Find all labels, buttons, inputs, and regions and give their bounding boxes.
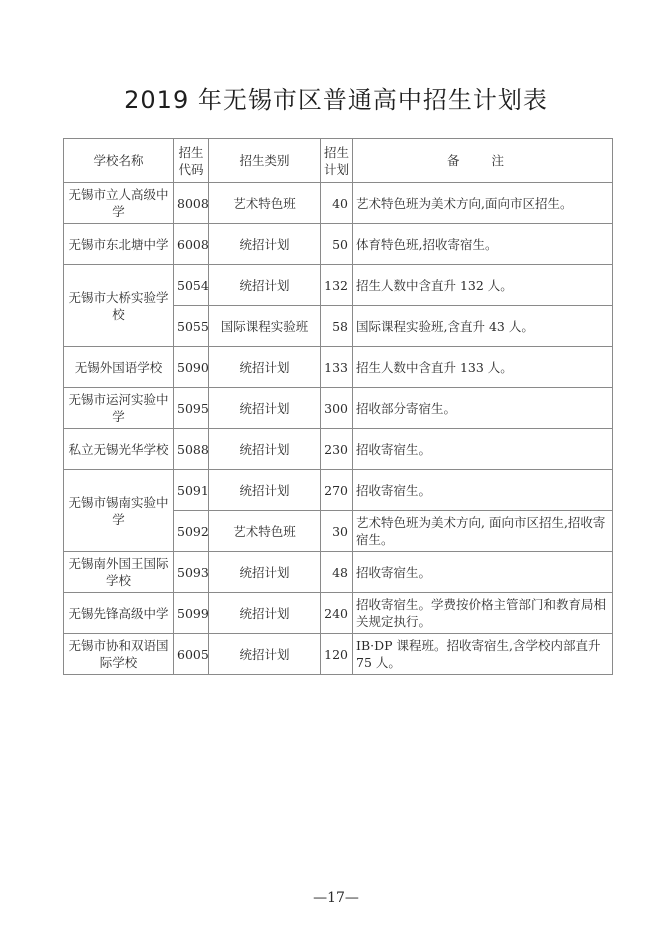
enrollment-plan: 48 bbox=[321, 552, 353, 593]
school-name: 无锡市大桥实验学校 bbox=[64, 265, 174, 347]
table-row: 无锡先锋高级中学 5099 统招计划 240 招收寄宿生。学费按价格主管部门和教… bbox=[64, 593, 613, 634]
enrollment-code: 5095 bbox=[174, 388, 209, 429]
remarks: 招生人数中含直升 133 人。 bbox=[353, 347, 613, 388]
enrollment-code: 6005 bbox=[174, 634, 209, 675]
enrollment-plan: 270 bbox=[321, 470, 353, 511]
page-number: —17— bbox=[0, 890, 672, 906]
table-row: 私立无锡光华学校 5088 统招计划 230 招收寄宿生。 bbox=[64, 429, 613, 470]
remarks: 体育特色班,招收寄宿生。 bbox=[353, 224, 613, 265]
table-row: 无锡市立人高级中学 8008 艺术特色班 40 艺术特色班为美术方向,面向市区招… bbox=[64, 183, 613, 224]
page-title: 2019 年无锡市区普通高中招生计划表 bbox=[0, 80, 672, 115]
enrollment-category: 统招计划 bbox=[209, 388, 321, 429]
header-enrollment-code: 招生 代码 bbox=[174, 139, 209, 183]
remarks: 招生人数中含直升 132 人。 bbox=[353, 265, 613, 306]
enrollment-plan: 58 bbox=[321, 306, 353, 347]
table-row: 无锡市大桥实验学校 5054 统招计划 132 招生人数中含直升 132 人。 bbox=[64, 265, 613, 306]
enrollment-category: 统招计划 bbox=[209, 347, 321, 388]
header-enrollment-category: 招生类别 bbox=[209, 139, 321, 183]
remarks: IB·DP 课程班。招收寄宿生,含学校内部直升 75 人。 bbox=[353, 634, 613, 675]
header-code-line1: 招生 bbox=[177, 144, 205, 161]
enrollment-category: 艺术特色班 bbox=[209, 183, 321, 224]
header-school-name: 学校名称 bbox=[64, 139, 174, 183]
table-row: 无锡市协和双语国际学校 6005 统招计划 120 IB·DP 课程班。招收寄宿… bbox=[64, 634, 613, 675]
enrollment-code: 6008 bbox=[174, 224, 209, 265]
enrollment-category: 艺术特色班 bbox=[209, 511, 321, 552]
enrollment-category: 统招计划 bbox=[209, 429, 321, 470]
enrollment-category: 统招计划 bbox=[209, 470, 321, 511]
enrollment-category: 国际课程实验班 bbox=[209, 306, 321, 347]
school-name: 无锡市协和双语国际学校 bbox=[64, 634, 174, 675]
enrollment-code: 5099 bbox=[174, 593, 209, 634]
school-name: 无锡市运河实验中学 bbox=[64, 388, 174, 429]
school-name: 无锡外国语学校 bbox=[64, 347, 174, 388]
enrollment-plan: 240 bbox=[321, 593, 353, 634]
header-remarks: 备 注 bbox=[353, 139, 613, 183]
enrollment-category: 统招计划 bbox=[209, 634, 321, 675]
enrollment-plan: 300 bbox=[321, 388, 353, 429]
header-enrollment-plan: 招生 计划 bbox=[321, 139, 353, 183]
table-row: 无锡市东北塘中学 6008 统招计划 50 体育特色班,招收寄宿生。 bbox=[64, 224, 613, 265]
enrollment-plan-table: 学校名称 招生 代码 招生类别 招生 计划 备 注 无锡市立人高级中学 8008… bbox=[63, 138, 613, 675]
enrollment-code: 5090 bbox=[174, 347, 209, 388]
remarks: 招收寄宿生。 bbox=[353, 470, 613, 511]
enrollment-plan: 133 bbox=[321, 347, 353, 388]
enrollment-plan: 30 bbox=[321, 511, 353, 552]
remarks: 艺术特色班为美术方向,面向市区招生。 bbox=[353, 183, 613, 224]
table-row: 无锡市锡南实验中学 5091 统招计划 270 招收寄宿生。 bbox=[64, 470, 613, 511]
remarks: 招收寄宿生。 bbox=[353, 429, 613, 470]
school-name: 私立无锡光华学校 bbox=[64, 429, 174, 470]
table-row: 无锡外国语学校 5090 统招计划 133 招生人数中含直升 133 人。 bbox=[64, 347, 613, 388]
table-row: 无锡市运河实验中学 5095 统招计划 300 招收部分寄宿生。 bbox=[64, 388, 613, 429]
enrollment-plan: 40 bbox=[321, 183, 353, 224]
enrollment-code: 5088 bbox=[174, 429, 209, 470]
enrollment-code: 5091 bbox=[174, 470, 209, 511]
remarks: 招收寄宿生。 bbox=[353, 552, 613, 593]
enrollment-plan: 230 bbox=[321, 429, 353, 470]
remarks: 国际课程实验班,含直升 43 人。 bbox=[353, 306, 613, 347]
enrollment-plan: 50 bbox=[321, 224, 353, 265]
school-name: 无锡南外国王国际学校 bbox=[64, 552, 174, 593]
school-name: 无锡先锋高级中学 bbox=[64, 593, 174, 634]
header-plan-line1: 招生 bbox=[324, 144, 349, 161]
enrollment-code: 5055 bbox=[174, 306, 209, 347]
enrollment-category: 统招计划 bbox=[209, 224, 321, 265]
table-header-row: 学校名称 招生 代码 招生类别 招生 计划 备 注 bbox=[64, 139, 613, 183]
enrollment-code: 5054 bbox=[174, 265, 209, 306]
enrollment-category: 统招计划 bbox=[209, 552, 321, 593]
school-name: 无锡市立人高级中学 bbox=[64, 183, 174, 224]
remarks: 艺术特色班为美术方向, 面向市区招生,招收寄宿生。 bbox=[353, 511, 613, 552]
header-plan-line2: 计划 bbox=[324, 161, 349, 178]
header-code-line2: 代码 bbox=[177, 161, 205, 178]
school-name: 无锡市东北塘中学 bbox=[64, 224, 174, 265]
school-name: 无锡市锡南实验中学 bbox=[64, 470, 174, 552]
remarks: 招收寄宿生。学费按价格主管部门和教育局相关规定执行。 bbox=[353, 593, 613, 634]
table-row: 无锡南外国王国际学校 5093 统招计划 48 招收寄宿生。 bbox=[64, 552, 613, 593]
enrollment-category: 统招计划 bbox=[209, 265, 321, 306]
enrollment-code: 5093 bbox=[174, 552, 209, 593]
enrollment-plan: 132 bbox=[321, 265, 353, 306]
enrollment-code: 5092 bbox=[174, 511, 209, 552]
enrollment-category: 统招计划 bbox=[209, 593, 321, 634]
enrollment-plan: 120 bbox=[321, 634, 353, 675]
remarks: 招收部分寄宿生。 bbox=[353, 388, 613, 429]
enrollment-code: 8008 bbox=[174, 183, 209, 224]
